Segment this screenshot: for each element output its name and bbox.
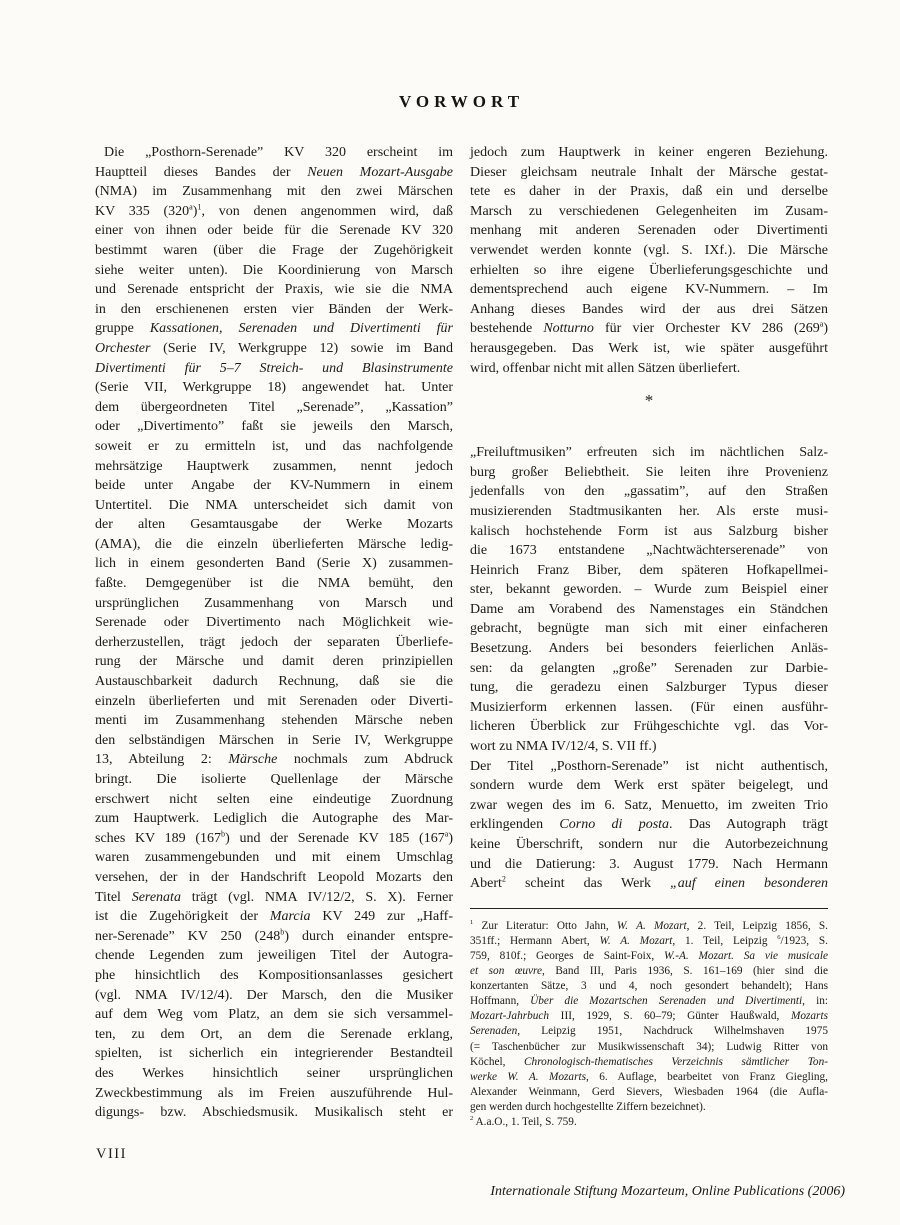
text-line: Titel Serenata trägt (vgl. NMA IV/12/2, … (95, 888, 453, 908)
text-line: kalisch hochstehende Form ist aus Salzbu… (470, 522, 828, 542)
text-line: ten, zu dem Ort, an dem die Serenade erk… (95, 1025, 453, 1045)
text-line: 13, Abteilung 2: Märsche nochmals zum Ab… (95, 750, 453, 770)
text-line: tete es daher in der Praxis, daß ein und… (470, 182, 828, 202)
text-line: in den erschienenen ersten vier Bänden d… (95, 300, 453, 320)
text-line: oder „Divertimento” faßt sie jeweils den… (95, 417, 453, 437)
text-line: chende Legenden zum jeweiligen Titel der… (95, 946, 453, 966)
right-column: jedoch zum Hauptwerk in keiner engeren B… (470, 143, 828, 1130)
text-line: keine Überschrift, sondern nur die Autor… (470, 835, 828, 855)
text-line: menti im Zusammenhang stehenden Märsche … (95, 711, 453, 731)
asterisk-separator: * (470, 391, 828, 411)
text-line: Serenade oder Divertimento nach Möglichk… (95, 613, 453, 633)
text-line: et son œuvre, Band III, Paris 1936, S. 1… (470, 964, 828, 979)
left-column-text: Die „Posthorn-Serenade” KV 320 erscheint… (95, 143, 453, 1123)
text-line: Dame am Vorabend des Namenstages ein Stä… (470, 600, 828, 620)
text-line: „Freiluftmusiken” erfreuten sich im näch… (470, 443, 828, 463)
text-line: sondern wurde dem Werk erst später beige… (470, 776, 828, 796)
text-line: derherzustellen, trägt jedoch der separa… (95, 633, 453, 653)
text-line: Austauschbarkeit dadurch Rechnung, daß s… (95, 672, 453, 692)
page-title: VORWORT (95, 92, 828, 112)
footnote-rule (470, 908, 828, 909)
page-number: VIII (96, 1146, 127, 1163)
text-line: (AMA), die die einzeln überlieferten Mär… (95, 535, 453, 555)
right-paragraph-freiluftmusiken: „Freiluftmusiken” erfreuten sich im näch… (470, 443, 828, 757)
text-line: erhielten so ihre eigene Überlieferungsg… (470, 261, 828, 281)
text-line: 351ff.; Hermann Abert, W. A. Mozart, 1. … (470, 934, 828, 949)
text-line: beide unter Angabe der KV-Nummern in ein… (95, 476, 453, 496)
text-line: Mozart-Jahrbuch III, 1929, S. 60–79; Gün… (470, 1009, 828, 1024)
footer-credit: Internationale Stiftung Mozarteum, Onlin… (490, 1184, 845, 1200)
footnote-1: 1 Zur Literatur: Otto Jahn, W. A. Mozart… (470, 919, 828, 1115)
text-line: ster, bekannt geworden. – Wurde zum Beis… (470, 580, 828, 600)
text-line: verwendet werden konnte (vgl. S. IXf.). … (470, 241, 828, 261)
text-line: Untertitel. Die NMA unterscheidet sich d… (95, 496, 453, 516)
text-line: zum Hauptwerk. Lediglich die Autographe … (95, 809, 453, 829)
text-line: Marsch zu verschiedenen Gelegenheiten im… (470, 202, 828, 222)
text-line: menhang mit anderen Serenaden oder Diver… (470, 221, 828, 241)
text-line: Divertimenti für 5–7 Streich- und Blasin… (95, 359, 453, 379)
text-line: Hauptteil dieses Bandes der Neuen Mozart… (95, 163, 453, 183)
text-line: spielten, ist sicherlich ein integrieren… (95, 1044, 453, 1064)
text-line: ursprünglichen Zusammenhang von Marsch u… (95, 594, 453, 614)
text-line: KV 335 (320a)1, von denen angenommen wir… (95, 202, 453, 222)
text-line: Musizierform erkennen lassen. (Für einen… (470, 698, 828, 718)
text-line: 759, 810f.; Georges de Saint-Foix, W.-A.… (470, 949, 828, 964)
text-line: Anhang dieses Bandes wird der aus drei S… (470, 300, 828, 320)
right-paragraph-titel: Der Titel „Posthorn-Serenade” ist nicht … (470, 757, 828, 894)
text-line: Der Titel „Posthorn-Serenade” ist nicht … (470, 757, 828, 777)
text-line: tung, die geradezu einen Salzburger Typu… (470, 678, 828, 698)
text-line: werke W. A. Mozarts, 6. Auflage, bearbei… (470, 1070, 828, 1085)
text-line: lich in einem gesonderten Band (Serie X)… (95, 554, 453, 574)
text-line: des Werkes hinsichtlich seiner ursprüngl… (95, 1064, 453, 1084)
document-page: VORWORT Die „Posthorn-Serenade” KV 320 e… (0, 0, 900, 1225)
text-line: dementsprechend auch eigene KV-Nummern. … (470, 280, 828, 300)
text-line: Die „Posthorn-Serenade” KV 320 erscheint… (95, 143, 453, 163)
text-line: (= Taschenbücher zur Musikwissenschaft 3… (470, 1040, 828, 1055)
text-line: Köchel, Chronologisch-thematisches Verze… (470, 1055, 828, 1070)
text-line: faßte. Demgegenüber ist die NMA bemüht, … (95, 574, 453, 594)
text-line: wort zu NMA IV/12/4, S. VII ff.) (470, 737, 828, 757)
text-line: der alten Gesamtausgabe der Werke Mozart… (95, 515, 453, 535)
text-line: licheren Überblick zur Frühgeschichte vg… (470, 717, 828, 737)
text-line: Dieser gleichsam neutrale Inhalt der Mär… (470, 163, 828, 183)
text-line: (NMA) im Zusammenhang mit den zwei Märsc… (95, 182, 453, 202)
text-line: ner-Serenade” KV 250 (248b) durch einand… (95, 927, 453, 947)
text-line: einer von ihnen oder beide für die Seren… (95, 221, 453, 241)
text-line: bringt. Die isolierte Quellenlage der Mä… (95, 770, 453, 790)
text-line: burg großer Beliebtheit. Sie leiten ihre… (470, 463, 828, 483)
text-columns: Die „Posthorn-Serenade” KV 320 erscheint… (95, 143, 828, 1130)
text-line: 2 A.a.O., 1. Teil, S. 759. (470, 1115, 828, 1130)
text-line: Hoffmann, Über die Mozartschen Serenaden… (470, 994, 828, 1009)
text-line: Heinrich Franz Biber, dem späteren Hofka… (470, 561, 828, 581)
text-line: phe hinsichtlich des Kompositionsanlasse… (95, 966, 453, 986)
text-line: zwar wegen des im 6. Satz, Menuetto, im … (470, 796, 828, 816)
text-line: digungs- bzw. Abschiedsmusik. Musikalisc… (95, 1103, 453, 1123)
footnote-2: 2 A.a.O., 1. Teil, S. 759. (470, 1115, 828, 1130)
text-line: die 1673 entstandene „Nachtwächterserena… (470, 541, 828, 561)
text-line: Besetzung. Anders bei besonders feierlic… (470, 639, 828, 659)
text-line: siehe weiter unten). Die Koordinierung v… (95, 261, 453, 281)
right-paragraph-marches: jedoch zum Hauptwerk in keiner engeren B… (470, 143, 828, 378)
text-line: sen: da gelangten „große” Serenaden zur … (470, 659, 828, 679)
text-line: erklingenden Corno di posta. Das Autogra… (470, 815, 828, 835)
text-line: versehen, der in der Handschrift Leopold… (95, 868, 453, 888)
text-line: gen werden durch hochgestellte Ziffern b… (470, 1100, 828, 1115)
text-line: einzeln überlieferten und mit Serenaden … (95, 692, 453, 712)
text-line: dem übergeordneten Titel „Serenade”, „Ka… (95, 398, 453, 418)
text-line: Abert2 scheint das Werk „auf einen beson… (470, 874, 828, 894)
text-line: 1 Zur Literatur: Otto Jahn, W. A. Mozart… (470, 919, 828, 934)
left-column: Die „Posthorn-Serenade” KV 320 erscheint… (95, 143, 453, 1130)
text-line: erschwert nicht selten eine eindeutige Z… (95, 790, 453, 810)
text-line: (Serie VII, Werkgruppe 18) angewendet ha… (95, 378, 453, 398)
text-line: waren zusammengebunden und mit einem Ums… (95, 848, 453, 868)
text-line: jedenfalls von den „gassatim”, auf den S… (470, 482, 828, 502)
text-line: musizierenden Stadtmusikanten her. Als e… (470, 502, 828, 522)
text-line: auf dem Weg vom Platz, an dem sie sich v… (95, 1005, 453, 1025)
text-line: mehrsätzige Hauptwerk zusammen, nennt je… (95, 457, 453, 477)
text-line: den selbständigen Märschen in Serie IV, … (95, 731, 453, 751)
text-line: herausgegeben. Das Werk ist, wie später … (470, 339, 828, 359)
text-line: Orchester (Serie IV, Werkgruppe 12) sowi… (95, 339, 453, 359)
text-line: konzertanten Sätze, 3 und 4, noch gesond… (470, 979, 828, 994)
text-line: jedoch zum Hauptwerk in keiner engeren B… (470, 143, 828, 163)
text-line: bestimmt waren (über die Frage der Zugeh… (95, 241, 453, 261)
text-line: gebracht, begnügte man sich mit einer ei… (470, 619, 828, 639)
text-line: bestehende Notturno für vier Orchester K… (470, 319, 828, 339)
text-line: Alexander Weinmann, Gerd Sievers, Wiesba… (470, 1085, 828, 1100)
text-line: soweit er zu ermitteln ist, und das nach… (95, 437, 453, 457)
text-line: Zweckbestimmung als im Freien auszuführe… (95, 1084, 453, 1104)
text-line: gruppe Kassationen, Serenaden und Divert… (95, 319, 453, 339)
text-line: (vgl. NMA IV/12/4). Der Marsch, den die … (95, 986, 453, 1006)
text-line: Serenaden, Leipzig 1951, Nachdruck Wilhe… (470, 1024, 828, 1039)
text-line: und Serenade entspricht der Praxis, wie … (95, 280, 453, 300)
text-line: wird, offenbar nicht mit allen Sätzen üb… (470, 359, 828, 379)
text-line: und die Datierung: 3. August 1779. Nach … (470, 855, 828, 875)
text-line: ist die Zugehörigkeit der Marcia KV 249 … (95, 907, 453, 927)
text-line: sches KV 189 (167b) und der Serenade KV … (95, 829, 453, 849)
text-line: rung der Märsche und damit deren prinzip… (95, 652, 453, 672)
